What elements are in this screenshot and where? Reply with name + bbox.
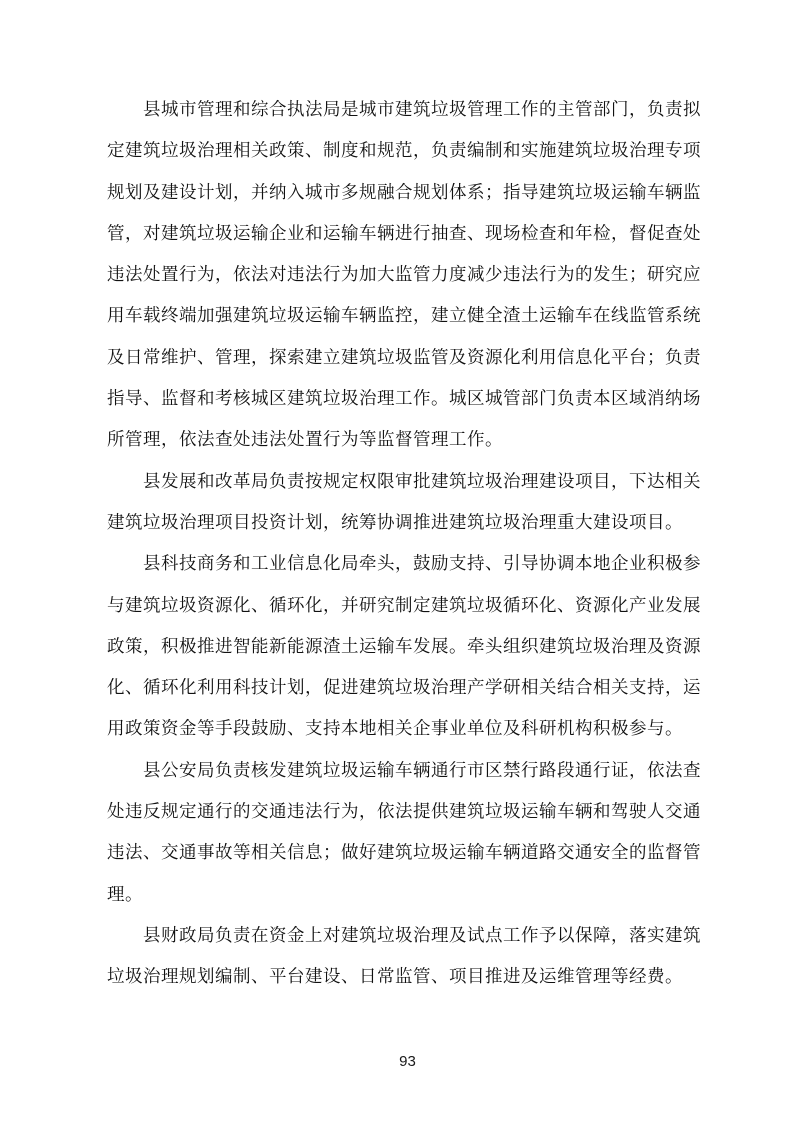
paragraph: 县发展和改革局负责按规定权限审批建筑垃圾治理建设项目，下达相关建筑垃圾治理项目投… (107, 461, 701, 544)
text-line: 用车载终端加强建筑垃圾运输车辆监控，建立健全渣土运输车在线监管系统 (107, 295, 701, 336)
text-line: 管，对建筑垃圾运输企业和运输车辆进行抽查、现场检查和年检，督促查处 (107, 213, 701, 254)
text-line: 用政策资金等手段鼓励、支持本地相关企事业单位及科研机构积极参与。 (107, 708, 701, 749)
paragraph: 县公安局负责核发建筑垃圾运输车辆通行市区禁行路段通行证，依法查处违反规定通行的交… (107, 750, 701, 915)
text-line: 县城市管理和综合执法局是城市建筑垃圾管理工作的主管部门，负责拟 (107, 89, 701, 130)
paragraph: 县城市管理和综合执法局是城市建筑垃圾管理工作的主管部门，负责拟定建筑垃圾治理相关… (107, 89, 701, 461)
text-line: 政策，积极推进智能新能源渣土运输车发展。牵头组织建筑垃圾治理及资源 (107, 626, 701, 667)
text-line: 违法、交通事故等相关信息；做好建筑垃圾运输车辆道路交通安全的监督管 (107, 832, 701, 873)
text-line: 与建筑垃圾资源化、循环化，并研究制定建筑垃圾循环化、资源化产业发展 (107, 585, 701, 626)
text-line: 化、循环化利用科技计划，促进建筑垃圾治理产学研相关结合相关支持，运 (107, 667, 701, 708)
text-line: 处违反规定通行的交通违法行为，依法提供建筑垃圾运输车辆和驾驶人交通 (107, 791, 701, 832)
document-body: 县城市管理和综合执法局是城市建筑垃圾管理工作的主管部门，负责拟定建筑垃圾治理相关… (107, 89, 701, 998)
text-line: 规划及建设计划，并纳入城市多规融合规划体系；指导建筑垃圾运输车辆监 (107, 172, 701, 213)
text-line: 所管理，依法查处违法处置行为等监督管理工作。 (107, 419, 701, 460)
text-line: 垃圾治理规划编制、平台建设、日常监管、项目推进及运维管理等经费。 (107, 956, 701, 997)
text-line: 县科技商务和工业信息化局牵头，鼓励支持、引导协调本地企业积极参 (107, 543, 701, 584)
page-number: 93 (0, 1053, 793, 1070)
text-line: 及日常维护、管理，探索建立建筑垃圾监管及资源化利用信息化平台；负责 (107, 337, 701, 378)
text-line: 县公安局负责核发建筑垃圾运输车辆通行市区禁行路段通行证，依法查 (107, 750, 701, 791)
text-line: 违法处置行为，依法对违法行为加大监管力度减少违法行为的发生；研究应 (107, 254, 701, 295)
text-line: 县财政局负责在资金上对建筑垃圾治理及试点工作予以保障，落实建筑 (107, 915, 701, 956)
text-line: 理。 (107, 874, 701, 915)
document-page: 县城市管理和综合执法局是城市建筑垃圾管理工作的主管部门，负责拟定建筑垃圾治理相关… (0, 0, 793, 1122)
text-line: 建筑垃圾治理项目投资计划，统筹协调推进建筑垃圾治理重大建设项目。 (107, 502, 701, 543)
text-line: 县发展和改革局负责按规定权限审批建筑垃圾治理建设项目，下达相关 (107, 461, 701, 502)
text-line: 定建筑垃圾治理相关政策、制度和规范，负责编制和实施建筑垃圾治理专项 (107, 130, 701, 171)
text-line: 指导、监督和考核城区建筑垃圾治理工作。城区城管部门负责本区域消纳场 (107, 378, 701, 419)
paragraph: 县科技商务和工业信息化局牵头，鼓励支持、引导协调本地企业积极参与建筑垃圾资源化、… (107, 543, 701, 749)
paragraph: 县财政局负责在资金上对建筑垃圾治理及试点工作予以保障，落实建筑垃圾治理规划编制、… (107, 915, 701, 998)
